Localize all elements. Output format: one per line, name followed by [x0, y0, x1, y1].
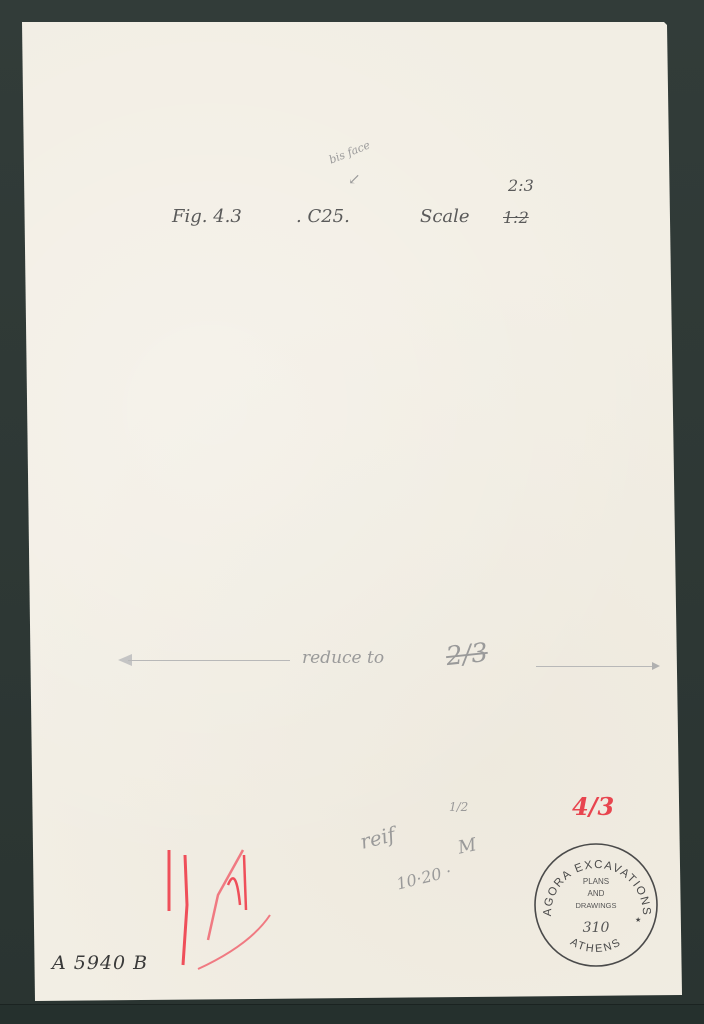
scale-correction: 2:3 — [508, 176, 534, 195]
right-arrow-line — [536, 666, 654, 667]
stamp-center-line1: PLANS — [583, 877, 609, 886]
reduce-fraction: 2/3 — [445, 638, 490, 672]
scale-struck-value: 1:2 — [503, 208, 529, 227]
stamp-center-line2: AND — [588, 889, 605, 898]
mount-bottom-edge — [0, 1004, 704, 1024]
scale-label: Scale — [420, 206, 470, 227]
stamp-outer-bottom: ATHENS — [568, 936, 624, 955]
figure-label: Fig. 4.3 — [172, 206, 242, 227]
stamp-circle-icon: AGORA EXCAVATIONS ATHENS ★ PLANS AND DRA… — [533, 842, 659, 968]
catalog-number: . C25. — [296, 206, 350, 227]
reduce-instruction: reduce to — [302, 648, 384, 668]
stamp-center-line3: DRAWINGS — [576, 901, 617, 910]
left-arrow-line — [128, 660, 290, 661]
svg-text:ATHENS: ATHENS — [568, 936, 624, 955]
lower-note-fraction: 1/2 — [449, 800, 468, 814]
paper-card: bis face ↙ Fig. 4.3 . C25. Scale 1:2 2:3… — [0, 0, 704, 1024]
red-large-fraction-mark — [160, 845, 280, 975]
right-arrow-icon — [652, 662, 660, 670]
red-fraction-mark: 4/3 — [572, 792, 614, 821]
stamp-star-icon: ★ — [635, 916, 641, 924]
caret-arrow-icon: ↙ — [348, 170, 361, 188]
stamp-number: 310 — [583, 920, 610, 936]
agora-excavations-stamp: AGORA EXCAVATIONS ATHENS ★ PLANS AND DRA… — [533, 842, 659, 968]
inventory-number: A 5940 B — [52, 952, 148, 974]
